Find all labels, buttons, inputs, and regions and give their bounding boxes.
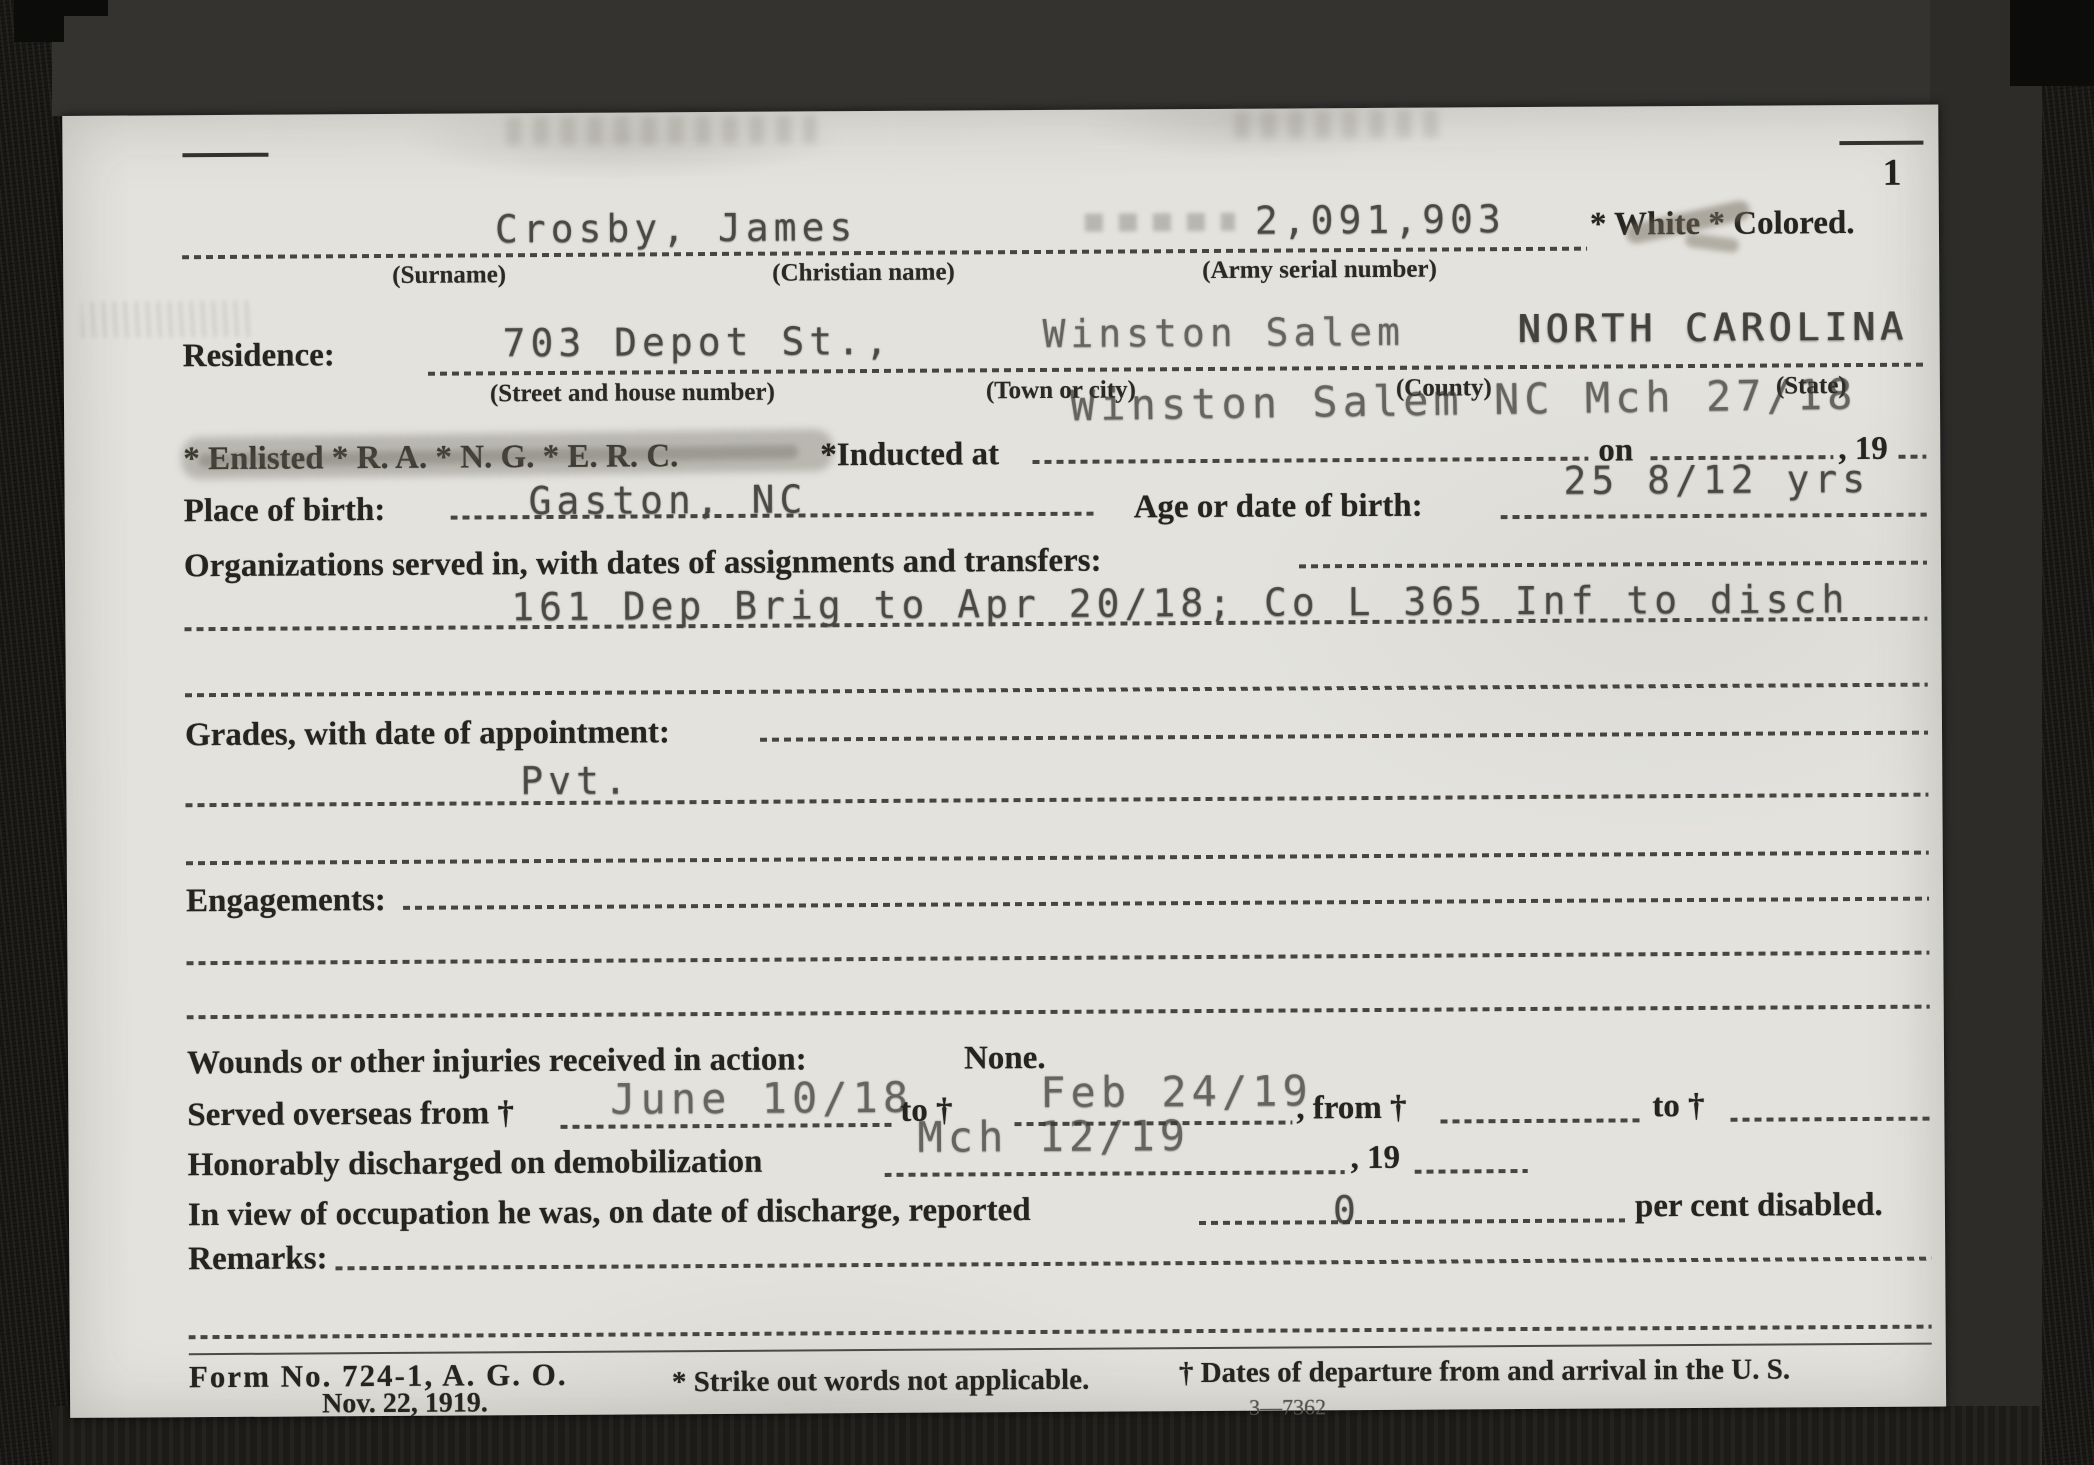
pencil-scribble-mark <box>81 301 251 338</box>
dagger-note: † Dates of departure from and arrival in… <box>1179 1353 1790 1390</box>
ink-bleed-mark <box>506 115 816 145</box>
dotted-line <box>1415 1169 1528 1174</box>
typewriter-smear-mark <box>1085 213 1235 232</box>
street-value: 703 Depot St., <box>502 319 893 365</box>
army-serial-number-value: 2,091,903 <box>1255 197 1506 243</box>
organizations-label: Organizations served in, with dates of a… <box>184 543 1102 586</box>
overseas-from-value: June 10/18 <box>610 1073 913 1124</box>
form-date: Nov. 22, 1919. <box>322 1387 488 1420</box>
grades-label: Grades, with date of appointment: <box>185 714 670 754</box>
served-overseas-from-label: Served overseas from † <box>187 1095 514 1134</box>
percent-disabled-label: per cent disabled. <box>1635 1187 1883 1226</box>
state-value: NORTH CAROLINA <box>1517 305 1908 351</box>
disability-label: In view of occupation he was, on date of… <box>188 1192 1031 1234</box>
overseas-to-value: Feb 24/19 <box>1040 1066 1313 1117</box>
engagements-label: Engagements: <box>186 882 386 920</box>
overseas-from2-label: , from † <box>1296 1090 1407 1128</box>
overseas-to2-label: to † <box>1652 1088 1704 1125</box>
place-of-birth-label: Place of birth: <box>184 492 386 530</box>
wounds-value: None. <box>964 1040 1046 1077</box>
discharged-label: Honorably discharged on demobilization <box>188 1144 763 1185</box>
grade-value: Pvt. <box>520 758 632 803</box>
strike-out-note: * Strike out words not applicable. <box>672 1364 1090 1400</box>
age-value: 25 8/12 yrs <box>1563 457 1870 503</box>
age-label: Age or date of birth: <box>1134 488 1423 527</box>
header-tick-mark <box>182 153 268 158</box>
residence-label: Residence: <box>183 337 335 375</box>
scanned-card-tilt-wrapper: 1 Crosby, James 2,091,903 * White * Colo… <box>0 0 2094 1465</box>
surname-label: (Surname) <box>392 261 506 290</box>
discharged-date-value: Mch 12/19 <box>917 1111 1190 1162</box>
town-value: Winston Salem <box>1042 310 1405 356</box>
army-serial-number-label: (Army serial number) <box>1202 256 1437 285</box>
print-code: 3—7362 <box>1249 1394 1326 1420</box>
christian-name-label: (Christian name) <box>772 259 955 288</box>
surname-christian-name-value: Crosby, James <box>495 205 858 251</box>
street-label: (Street and house number) <box>490 379 775 409</box>
discharged-year-label: , 19 <box>1351 1140 1401 1177</box>
disability-percent-value: 0 <box>1333 1188 1361 1232</box>
ink-bleed-mark <box>1234 109 1449 138</box>
dotted-line <box>1898 455 1926 459</box>
page-number: 1 <box>1882 151 1901 195</box>
page-number-overline <box>1839 141 1923 146</box>
remarks-label: Remarks: <box>188 1240 328 1278</box>
inducted-at-label: *Inducted at <box>820 436 999 474</box>
